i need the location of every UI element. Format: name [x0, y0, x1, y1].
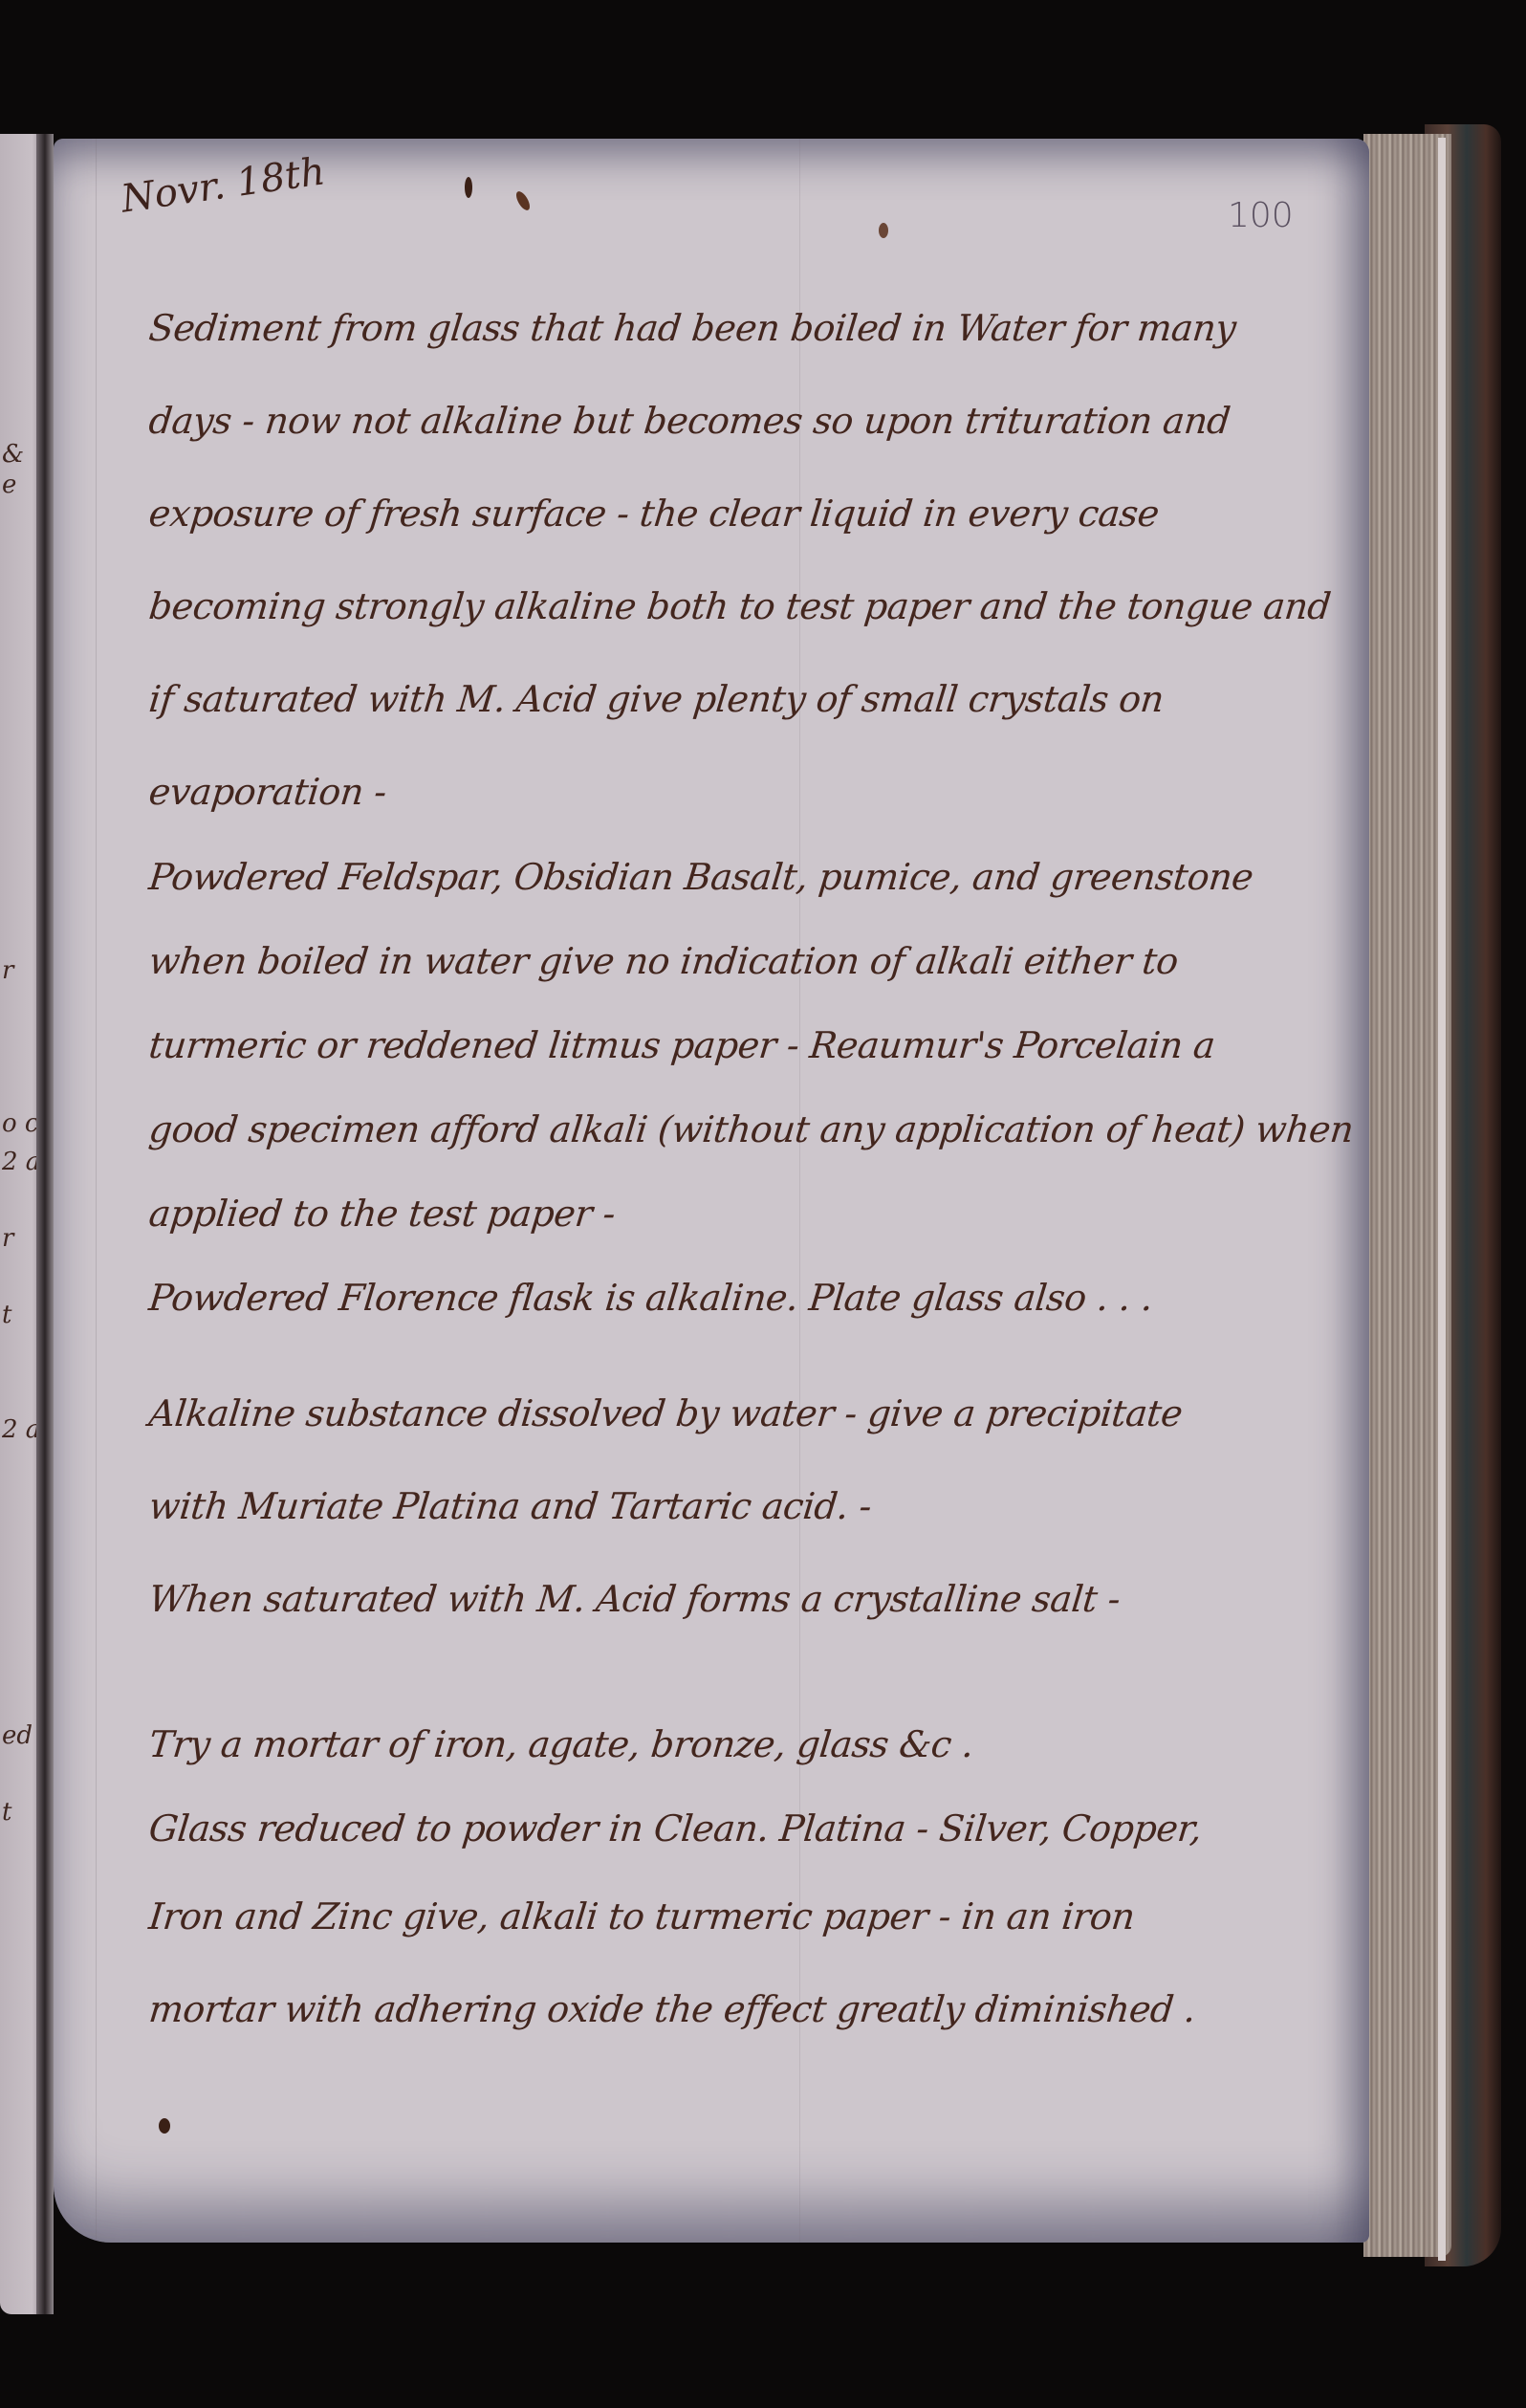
margin-rule	[96, 139, 97, 2243]
text-line: Alkaline substance dissolved by water - …	[144, 1368, 1368, 1460]
entry-sediment-from-glass: Sediment from glass that had been boiled…	[149, 282, 1363, 839]
ink-blot	[513, 189, 533, 212]
text-line: good specimen afford alkali (without any…	[144, 1087, 1367, 1171]
text-line: with Muriate Platina and Tartaric acid. …	[144, 1460, 1368, 1553]
text-line: when boiled in water give no indication …	[144, 919, 1367, 1003]
text-line: turmeric or reddened litmus paper - Reau…	[144, 1003, 1367, 1087]
ink-dot	[159, 2118, 170, 2134]
page-stack-edges	[1363, 134, 1451, 2257]
date-heading: Novr. 18th	[119, 149, 328, 221]
text-line: Powdered Feldspar, Obsidian Basalt, pumi…	[144, 835, 1367, 919]
text-line: Glass reduced to powder in Clean. Platin…	[144, 1786, 1367, 1871]
notebook-page: Novr. 18th 100 Sediment from glass that …	[54, 139, 1369, 2243]
entry-powdered-minerals: Powdered Feldspar, Obsidian Basalt, pumi…	[149, 835, 1363, 1340]
text-line: Iron and Zinc give, alkali to turmeric p…	[144, 1871, 1368, 1963]
page-number: 100	[1228, 196, 1294, 235]
text-line: becoming strongly alkaline both to test …	[144, 560, 1368, 653]
text-line: When saturated with M. Acid forms a crys…	[144, 1553, 1368, 1646]
ink-blot	[465, 177, 472, 198]
text-line: exposure of fresh surface - the clear li…	[144, 468, 1368, 560]
book-gutter	[36, 134, 54, 2314]
text-line: days - now not alkaline but becomes so u…	[144, 375, 1368, 468]
ink-stain	[879, 223, 888, 238]
text-line: applied to the test paper -	[144, 1171, 1367, 1256]
entry-alkaline-substance: Alkaline substance dissolved by water - …	[149, 1368, 1363, 1646]
entry-mortar-test: Try a mortar of iron, agate, bronze, gla…	[149, 1702, 1363, 2056]
text-line: if saturated with M. Acid give plenty of…	[144, 653, 1368, 746]
text-line: Sediment from glass that had been boiled…	[144, 282, 1368, 375]
text-line: Try a mortar of iron, agate, bronze, gla…	[144, 1702, 1367, 1786]
text-line: mortar with adhering oxide the effect gr…	[144, 1963, 1368, 2056]
text-line: Powdered Florence flask is alkaline. Pla…	[144, 1256, 1367, 1340]
text-line: evaporation -	[144, 746, 1368, 839]
